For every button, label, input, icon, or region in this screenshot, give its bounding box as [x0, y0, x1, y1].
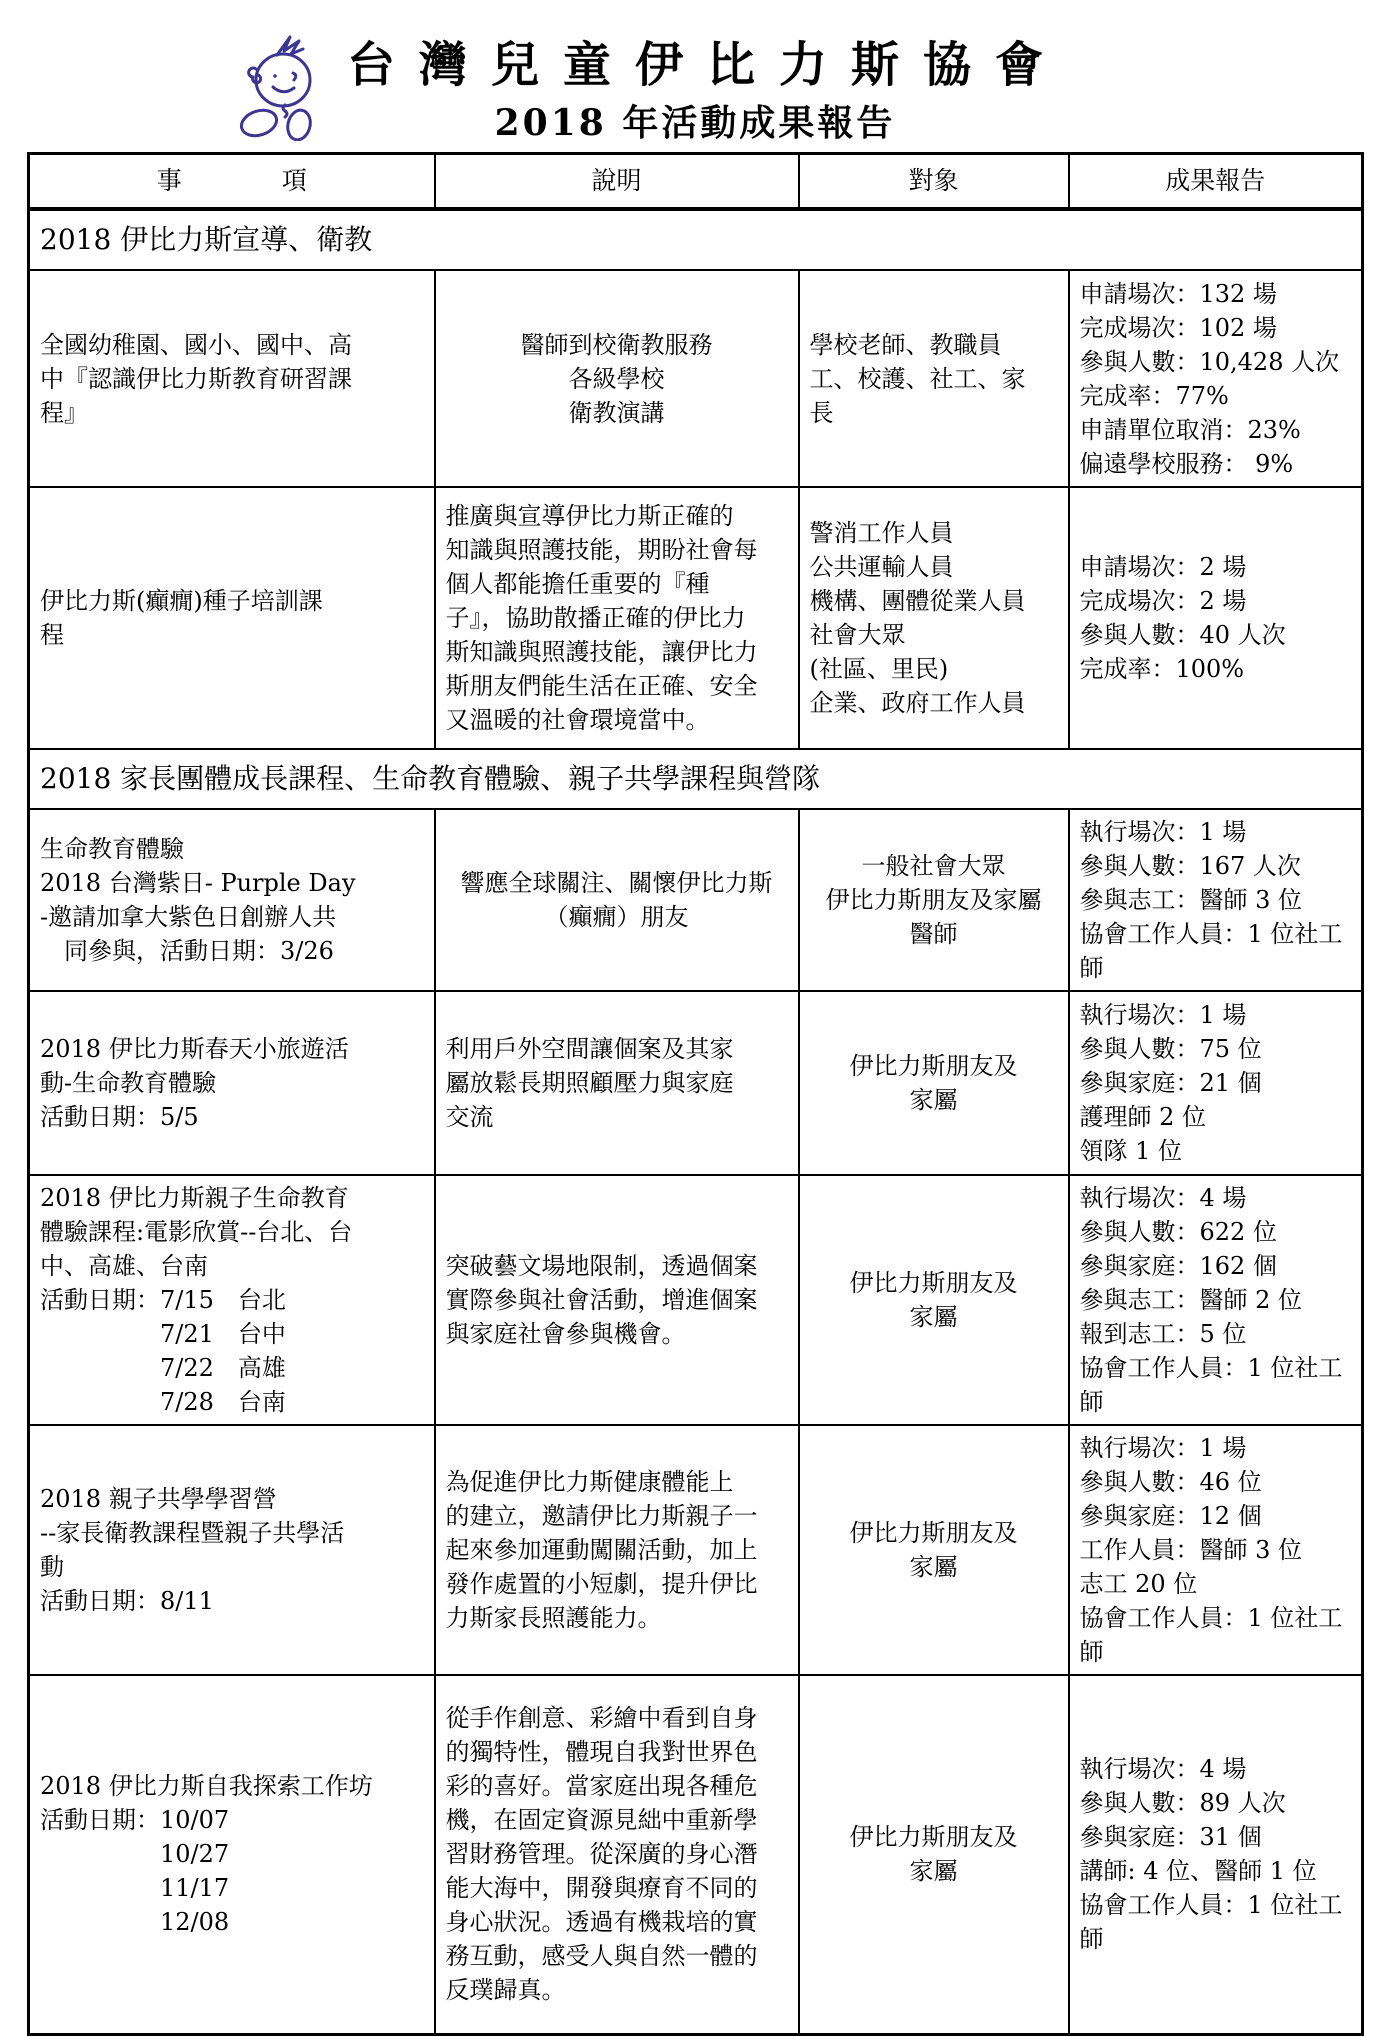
table-header-row: 事 項 說明 對象 成果報告	[29, 154, 1363, 210]
result-cell: 執行場次：4 場參與人數：622 位參與家庭：162 個參與志工：醫師 2 位報…	[1069, 1175, 1363, 1425]
cell-line: 伊比力斯(癲癇)種子培訓課	[40, 584, 424, 618]
cell-line: 斯朋友們能生活在正確、安全	[446, 669, 788, 703]
cell-line: 又溫暖的社會環境當中。	[446, 703, 788, 737]
cell-line: 護理師 2 位	[1080, 1100, 1352, 1134]
cell-line: (社區、里民)	[810, 652, 1058, 686]
target-cell: 伊比力斯朋友及家屬	[799, 1425, 1069, 1675]
cell-line: 參與人數：10,428 人次	[1080, 345, 1352, 379]
desc-cell: 利用戶外空間讓個案及其家屬放鬆長期照顧壓力與家庭交流	[435, 991, 799, 1175]
target-cell: 伊比力斯朋友及家屬	[799, 1675, 1069, 2034]
cell-line: 家屬	[810, 1550, 1058, 1584]
cell-line: 參與人數：46 位	[1080, 1465, 1352, 1499]
report-page: 台灣兒童伊比力斯協會 2018 年活動成果報告 事 項 說明 對象 成果報告 2…	[0, 0, 1390, 1965]
column-header-target: 對象	[799, 154, 1069, 210]
page-subtitle: 2018 年活動成果報告	[0, 95, 1390, 146]
section-title-row: 2018 家長團體成長課程、生命教育體驗、親子共學課程與營隊	[29, 749, 1363, 809]
cell-line: 2018 伊比力斯春天小旅遊活	[40, 1032, 424, 1066]
item-cell: 2018 伊比力斯春天小旅遊活動-生命教育體驗活動日期：5/5	[29, 991, 435, 1175]
cell-line: 執行場次：4 場	[1080, 1181, 1352, 1215]
table-row: 生命教育體驗2018 台灣紫日- Purple Day-邀請加拿大紫色日創辦人共…	[29, 809, 1363, 991]
cell-line: 與家庭社會參與機會。	[446, 1317, 788, 1351]
cell-line: 體驗課程:電影欣賞--台北、台	[40, 1215, 424, 1249]
section-title: 2018 伊比力斯宣導、衛教	[29, 209, 1363, 270]
item-cell: 生命教育體驗2018 台灣紫日- Purple Day-邀請加拿大紫色日創辦人共…	[29, 809, 435, 991]
result-cell: 執行場次：1 場參與人數：46 位參與家庭：12 個工作人員：醫師 3 位志工 …	[1069, 1425, 1363, 1675]
activity-report-table: 事 項 說明 對象 成果報告 2018 伊比力斯宣導、衛教全國幼稚園、國小、國中…	[27, 152, 1364, 2036]
cell-line: 參與家庭：21 個	[1080, 1066, 1352, 1100]
desc-cell: 響應全球關注、關懷伊比力斯（癲癇）朋友	[435, 809, 799, 991]
cell-line: 2018 親子共學學習營	[40, 1482, 424, 1516]
cell-line: 伊比力斯朋友及家屬	[810, 883, 1058, 917]
cell-line: 參與人數：40 人次	[1080, 618, 1352, 652]
cell-line: 能大海中，開發與療育不同的	[446, 1871, 788, 1905]
cell-line: 中、高雄、台南	[40, 1249, 424, 1283]
cell-line: -邀請加拿大紫色日創辦人共	[40, 900, 424, 934]
result-cell: 執行場次：1 場參與人數：167 人次參與志工：醫師 3 位協會工作人員：1 位…	[1069, 809, 1363, 991]
header: 台灣兒童伊比力斯協會 2018 年活動成果報告	[0, 38, 1390, 146]
item-cell: 2018 伊比力斯自我探索工作坊活動日期：10/07 10/27 11/17 1…	[29, 1675, 435, 2034]
cell-line: 社會大眾	[810, 618, 1058, 652]
cell-line: 參與志工：醫師 2 位	[1080, 1283, 1352, 1317]
target-cell: 伊比力斯朋友及家屬	[799, 991, 1069, 1175]
cell-line: 生命教育體驗	[40, 832, 424, 866]
result-cell: 執行場次：4 場參與人數：89 人次參與家庭：31 個講師: 4 位、醫師 1 …	[1069, 1675, 1363, 2034]
cell-line: 起來參加運動闖關活動，加上	[446, 1533, 788, 1567]
cell-line: 執行場次：1 場	[1080, 1431, 1352, 1465]
page-title: 台灣兒童伊比力斯協會	[0, 38, 1390, 93]
cell-line: 反璞歸真。	[446, 1973, 788, 2007]
cell-line: 家屬	[810, 1854, 1058, 1888]
cell-line: 完成率：77%	[1080, 379, 1352, 413]
cell-line: 利用戶外空間讓個案及其家	[446, 1032, 788, 1066]
cell-line: 從手作創意、彩繪中看到自身	[446, 1701, 788, 1735]
cell-line: 伊比力斯朋友及	[810, 1516, 1058, 1550]
cell-line: 參與家庭：12 個	[1080, 1499, 1352, 1533]
cell-line: 完成場次：102 場	[1080, 311, 1352, 345]
cell-line: 11/17	[40, 1871, 424, 1905]
table-row: 2018 伊比力斯春天小旅遊活動-生命教育體驗活動日期：5/5利用戶外空間讓個案…	[29, 991, 1363, 1175]
cell-line: 參與志工：醫師 3 位	[1080, 883, 1352, 917]
cell-line: 警消工作人員	[810, 516, 1058, 550]
desc-cell: 突破藝文場地限制，透過個案實際參與社會活動，增進個案與家庭社會參與機會。	[435, 1175, 799, 1425]
cell-line: 程	[40, 618, 424, 652]
item-cell: 全國幼稚園、國小、國中、高中『認識伊比力斯教育研習課程』	[29, 270, 435, 487]
desc-cell: 從手作創意、彩繪中看到自身的獨特性，體現自我對世界色彩的喜好。當家庭出現各種危機…	[435, 1675, 799, 2034]
cell-line: 領隊 1 位	[1080, 1134, 1352, 1168]
result-cell: 執行場次：1 場參與人數：75 位參與家庭：21 個護理師 2 位領隊 1 位	[1069, 991, 1363, 1175]
cell-line: 參與人數：89 人次	[1080, 1786, 1352, 1820]
cell-line: 交流	[446, 1100, 788, 1134]
cell-line: 家屬	[810, 1300, 1058, 1334]
cell-line: 活動日期：10/07	[40, 1803, 424, 1837]
cell-line: 活動日期：7/15 台北	[40, 1283, 424, 1317]
cell-line: 醫師	[810, 917, 1058, 951]
cell-line: 家屬	[810, 1083, 1058, 1117]
cell-line: 申請場次：2 場	[1080, 550, 1352, 584]
result-cell: 申請場次：2 場完成場次：2 場參與人數：40 人次完成率：100%	[1069, 487, 1363, 749]
cell-line: 屬放鬆長期照顧壓力與家庭	[446, 1066, 788, 1100]
column-header-item: 事 項	[29, 154, 435, 210]
cell-line: 7/22 高雄	[40, 1351, 424, 1385]
cell-line: 伊比力斯朋友及	[810, 1820, 1058, 1854]
desc-cell: 推廣與宣導伊比力斯正確的知識與照護技能，期盼社會每個人都能擔任重要的『種子』，協…	[435, 487, 799, 749]
cell-line: 參與家庭：31 個	[1080, 1820, 1352, 1854]
cell-line: 申請單位取消：23%	[1080, 413, 1352, 447]
table-row: 2018 伊比力斯親子生命教育體驗課程:電影欣賞--台北、台中、高雄、台南活動日…	[29, 1175, 1363, 1425]
cell-line: 協會工作人員：1 位社工師	[1080, 917, 1352, 985]
cell-line: 執行場次：1 場	[1080, 998, 1352, 1032]
column-header-result: 成果報告	[1069, 154, 1363, 210]
item-cell: 伊比力斯(癲癇)種子培訓課程	[29, 487, 435, 749]
cell-line: 為促進伊比力斯健康體能上	[446, 1465, 788, 1499]
cell-line: 完成場次：2 場	[1080, 584, 1352, 618]
cell-line: 各級學校	[446, 362, 788, 396]
desc-cell: 為促進伊比力斯健康體能上的建立，邀請伊比力斯親子一起來參加運動闖關活動，加上發作…	[435, 1425, 799, 1675]
table-body: 2018 伊比力斯宣導、衛教全國幼稚園、國小、國中、高中『認識伊比力斯教育研習課…	[29, 209, 1363, 2034]
cell-line: 12/08	[40, 1905, 424, 1939]
cell-line: 講師: 4 位、醫師 1 位	[1080, 1854, 1352, 1888]
desc-cell: 醫師到校衛教服務各級學校衛教演講	[435, 270, 799, 487]
cell-line: 報到志工：5 位	[1080, 1317, 1352, 1351]
cell-line: 習財務管理。從深廣的身心潛	[446, 1837, 788, 1871]
cell-line: 個人都能擔任重要的『種	[446, 567, 788, 601]
cell-line: 機，在固定資源見絀中重新學	[446, 1803, 788, 1837]
cell-line: 程』	[40, 396, 424, 430]
cell-line: 衛教演講	[446, 396, 788, 430]
cell-line: 志工 20 位	[1080, 1567, 1352, 1601]
cell-line: 工作人員：醫師 3 位	[1080, 1533, 1352, 1567]
cell-line: 務互動，感受人與自然一體的	[446, 1939, 788, 1973]
cell-line: 公共運輸人員	[810, 550, 1058, 584]
cell-line: 工、校護、社工、家	[810, 362, 1058, 396]
column-header-desc: 說明	[435, 154, 799, 210]
cell-line: 企業、政府工作人員	[810, 686, 1058, 720]
section-title-row: 2018 伊比力斯宣導、衛教	[29, 209, 1363, 270]
cell-line: 斯知識與照護技能，讓伊比力	[446, 635, 788, 669]
cell-line: 發作處置的小短劇，提升伊比	[446, 1567, 788, 1601]
section-title: 2018 家長團體成長課程、生命教育體驗、親子共學課程與營隊	[29, 749, 1363, 809]
cell-line: 響應全球關注、關懷伊比力斯	[446, 866, 788, 900]
cell-line: 動-生命教育體驗	[40, 1066, 424, 1100]
cell-line: 7/28 台南	[40, 1385, 424, 1419]
result-cell: 申請場次：132 場完成場次：102 場參與人數：10,428 人次完成率：77…	[1069, 270, 1363, 487]
cell-line: 的建立，邀請伊比力斯親子一	[446, 1499, 788, 1533]
cell-line: 參與人數：622 位	[1080, 1215, 1352, 1249]
cell-line: 機構、團體從業人員	[810, 584, 1058, 618]
cell-line: 10/27	[40, 1837, 424, 1871]
cell-line: 長	[810, 396, 1058, 430]
cell-line: 活動日期：5/5	[40, 1100, 424, 1134]
cell-line: 協會工作人員：1 位社工師	[1080, 1351, 1352, 1419]
table-row: 2018 伊比力斯自我探索工作坊活動日期：10/07 10/27 11/17 1…	[29, 1675, 1363, 2034]
cell-line: 子』，協助散播正確的伊比力	[446, 601, 788, 635]
cell-line: 的獨特性，體現自我對世界色	[446, 1735, 788, 1769]
cell-line: 2018 伊比力斯親子生命教育	[40, 1181, 424, 1215]
cell-line: --家長衛教課程暨親子共學活	[40, 1516, 424, 1550]
cell-line: 一般社會大眾	[810, 849, 1058, 883]
cell-line: 實際參與社會活動，增進個案	[446, 1283, 788, 1317]
cell-line: 2018 台灣紫日- Purple Day	[40, 866, 424, 900]
cell-line: 突破藝文場地限制，透過個案	[446, 1249, 788, 1283]
cell-line: 執行場次：4 場	[1080, 1752, 1352, 1786]
cell-line: 參與人數：75 位	[1080, 1032, 1352, 1066]
cell-line: 醫師到校衛教服務	[446, 328, 788, 362]
cell-line: 7/21 台中	[40, 1317, 424, 1351]
table-row: 伊比力斯(癲癇)種子培訓課程推廣與宣導伊比力斯正確的知識與照護技能，期盼社會每個…	[29, 487, 1363, 749]
cell-line: 同參與，活動日期：3/26	[40, 934, 424, 968]
target-cell: 學校老師、教職員工、校護、社工、家長	[799, 270, 1069, 487]
cell-line: 2018 伊比力斯自我探索工作坊	[40, 1769, 424, 1803]
target-cell: 警消工作人員公共運輸人員機構、團體從業人員社會大眾(社區、里民)企業、政府工作人…	[799, 487, 1069, 749]
cell-line: 偏遠學校服務： 9%	[1080, 447, 1352, 481]
cell-line: 完成率：100%	[1080, 652, 1352, 686]
cell-line: 活動日期：8/11	[40, 1584, 424, 1618]
cell-line: 知識與照護技能，期盼社會每	[446, 533, 788, 567]
cell-line: 身心狀況。透過有機栽培的實	[446, 1905, 788, 1939]
cell-line: 動	[40, 1550, 424, 1584]
cell-line: 學校老師、教職員	[810, 328, 1058, 362]
cell-line: 協會工作人員：1 位社工師	[1080, 1601, 1352, 1669]
cell-line: 伊比力斯朋友及	[810, 1049, 1058, 1083]
cell-line: 彩的喜好。當家庭出現各種危	[446, 1769, 788, 1803]
cell-line: 參與人數：167 人次	[1080, 849, 1352, 883]
cell-line: 參與家庭：162 個	[1080, 1249, 1352, 1283]
target-cell: 一般社會大眾伊比力斯朋友及家屬醫師	[799, 809, 1069, 991]
cell-line: 伊比力斯朋友及	[810, 1266, 1058, 1300]
cell-line: （癲癇）朋友	[446, 900, 788, 934]
cell-line: 執行場次：1 場	[1080, 815, 1352, 849]
table-row: 全國幼稚園、國小、國中、高中『認識伊比力斯教育研習課程』醫師到校衛教服務各級學校…	[29, 270, 1363, 487]
cell-line: 推廣與宣導伊比力斯正確的	[446, 499, 788, 533]
cell-line: 申請場次：132 場	[1080, 277, 1352, 311]
item-cell: 2018 親子共學學習營--家長衛教課程暨親子共學活動活動日期：8/11	[29, 1425, 435, 1675]
target-cell: 伊比力斯朋友及家屬	[799, 1175, 1069, 1425]
cell-line: 全國幼稚園、國小、國中、高	[40, 328, 424, 362]
item-cell: 2018 伊比力斯親子生命教育體驗課程:電影欣賞--台北、台中、高雄、台南活動日…	[29, 1175, 435, 1425]
cell-line: 力斯家長照護能力。	[446, 1601, 788, 1635]
table-row: 2018 親子共學學習營--家長衛教課程暨親子共學活動活動日期：8/11為促進伊…	[29, 1425, 1363, 1675]
cell-line: 協會工作人員：1 位社工師	[1080, 1888, 1352, 1956]
cell-line: 中『認識伊比力斯教育研習課	[40, 362, 424, 396]
